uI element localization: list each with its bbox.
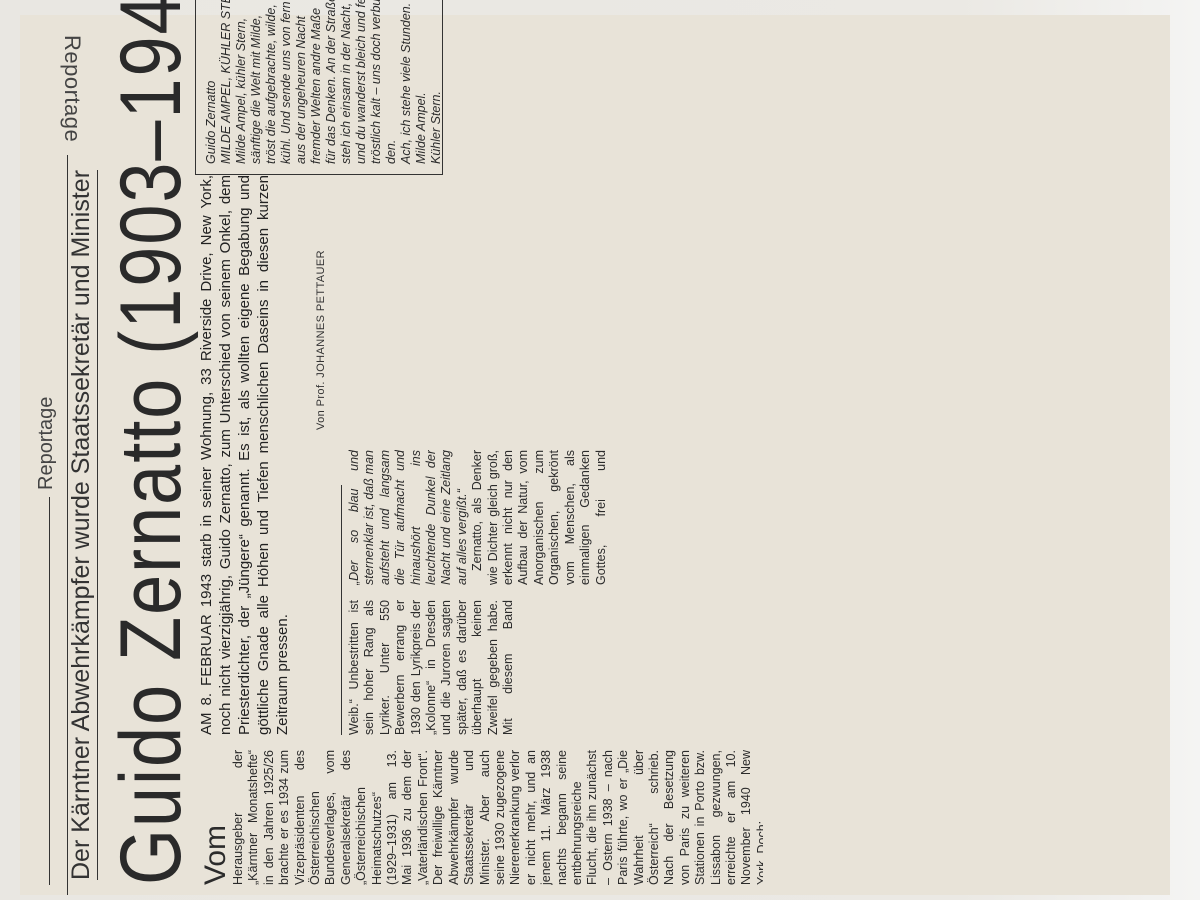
column-2-paragraph: Weib.“ Unbestritten ist sein hoher Rang … <box>347 600 517 735</box>
poem-line: aus der ungeheuren Nacht <box>294 0 309 164</box>
byline: Von Prof. JOHANNES PETTAUER <box>315 250 327 430</box>
poem-line: und du wanderst bleich und fern, <box>354 0 369 164</box>
poem-line: steh ich einsam in der Nacht, <box>339 0 354 164</box>
column-3-quote: „Der so blau und sternenklar ist, daß ma… <box>347 450 470 585</box>
section-label: Reportage <box>35 397 58 490</box>
article-column-3: „Der so blau und sternenklar ist, daß ma… <box>347 450 607 585</box>
article-column-2: Weib.“ Unbestritten ist sein hoher Rang … <box>347 600 517 735</box>
headline: Guido Zernatto (1903–1943) <box>103 0 199 885</box>
section-rule-left <box>49 497 50 885</box>
poem-line: tröst die aufgebrachte, wilde, <box>264 0 279 164</box>
article-column-1: Vom Herausgeber der „Kärntner Monatsheft… <box>203 750 763 885</box>
poem-line: Milde Ampel. <box>414 0 429 164</box>
poem-box-milde-ampel: Guido Zernatto MILDE AMPEL, KÜHLER STERN… <box>195 0 443 175</box>
lead-rule <box>341 485 342 735</box>
poem-author: Guido Zernatto <box>204 0 219 164</box>
article-frame: Reportage Der Kärntner Abwehrkämpfer wur… <box>25 15 1175 885</box>
poem-title: MILDE AMPEL, KÜHLER STERN <box>219 0 234 164</box>
drop-word: Vom <box>203 825 231 885</box>
lead-paragraph: AM 8. FEBRUAR 1943 starb in seiner Wohnu… <box>197 175 292 735</box>
column-1-paragraph: Herausgeber der „Kärntner Monatshefte“ i… <box>203 750 763 885</box>
poem-line: sänftige die Welt mit Milde, <box>249 0 264 164</box>
poem-line: für das Denken. An der Straße <box>324 0 339 164</box>
poem-line: tröstlich kalt – uns doch verbun- <box>369 0 384 164</box>
poem-line: kühl. Und sende uns von fern <box>279 0 294 164</box>
poem-line: fremder Welten andre Maße <box>309 0 324 164</box>
poem-line: Milde Ampel, kühler Stern, <box>234 0 249 164</box>
poem-line: den. <box>384 0 399 164</box>
poem-line: Ach, ich stehe viele Stunden. <box>399 0 414 164</box>
column-3-paragraph: Zernatto, als Denker wie Dichter gleich … <box>470 450 607 585</box>
poem-line: Kühler Stern. <box>429 0 444 164</box>
subheadline: Der Kärntner Abwehrkämpfer wurde Staatss… <box>67 170 98 880</box>
